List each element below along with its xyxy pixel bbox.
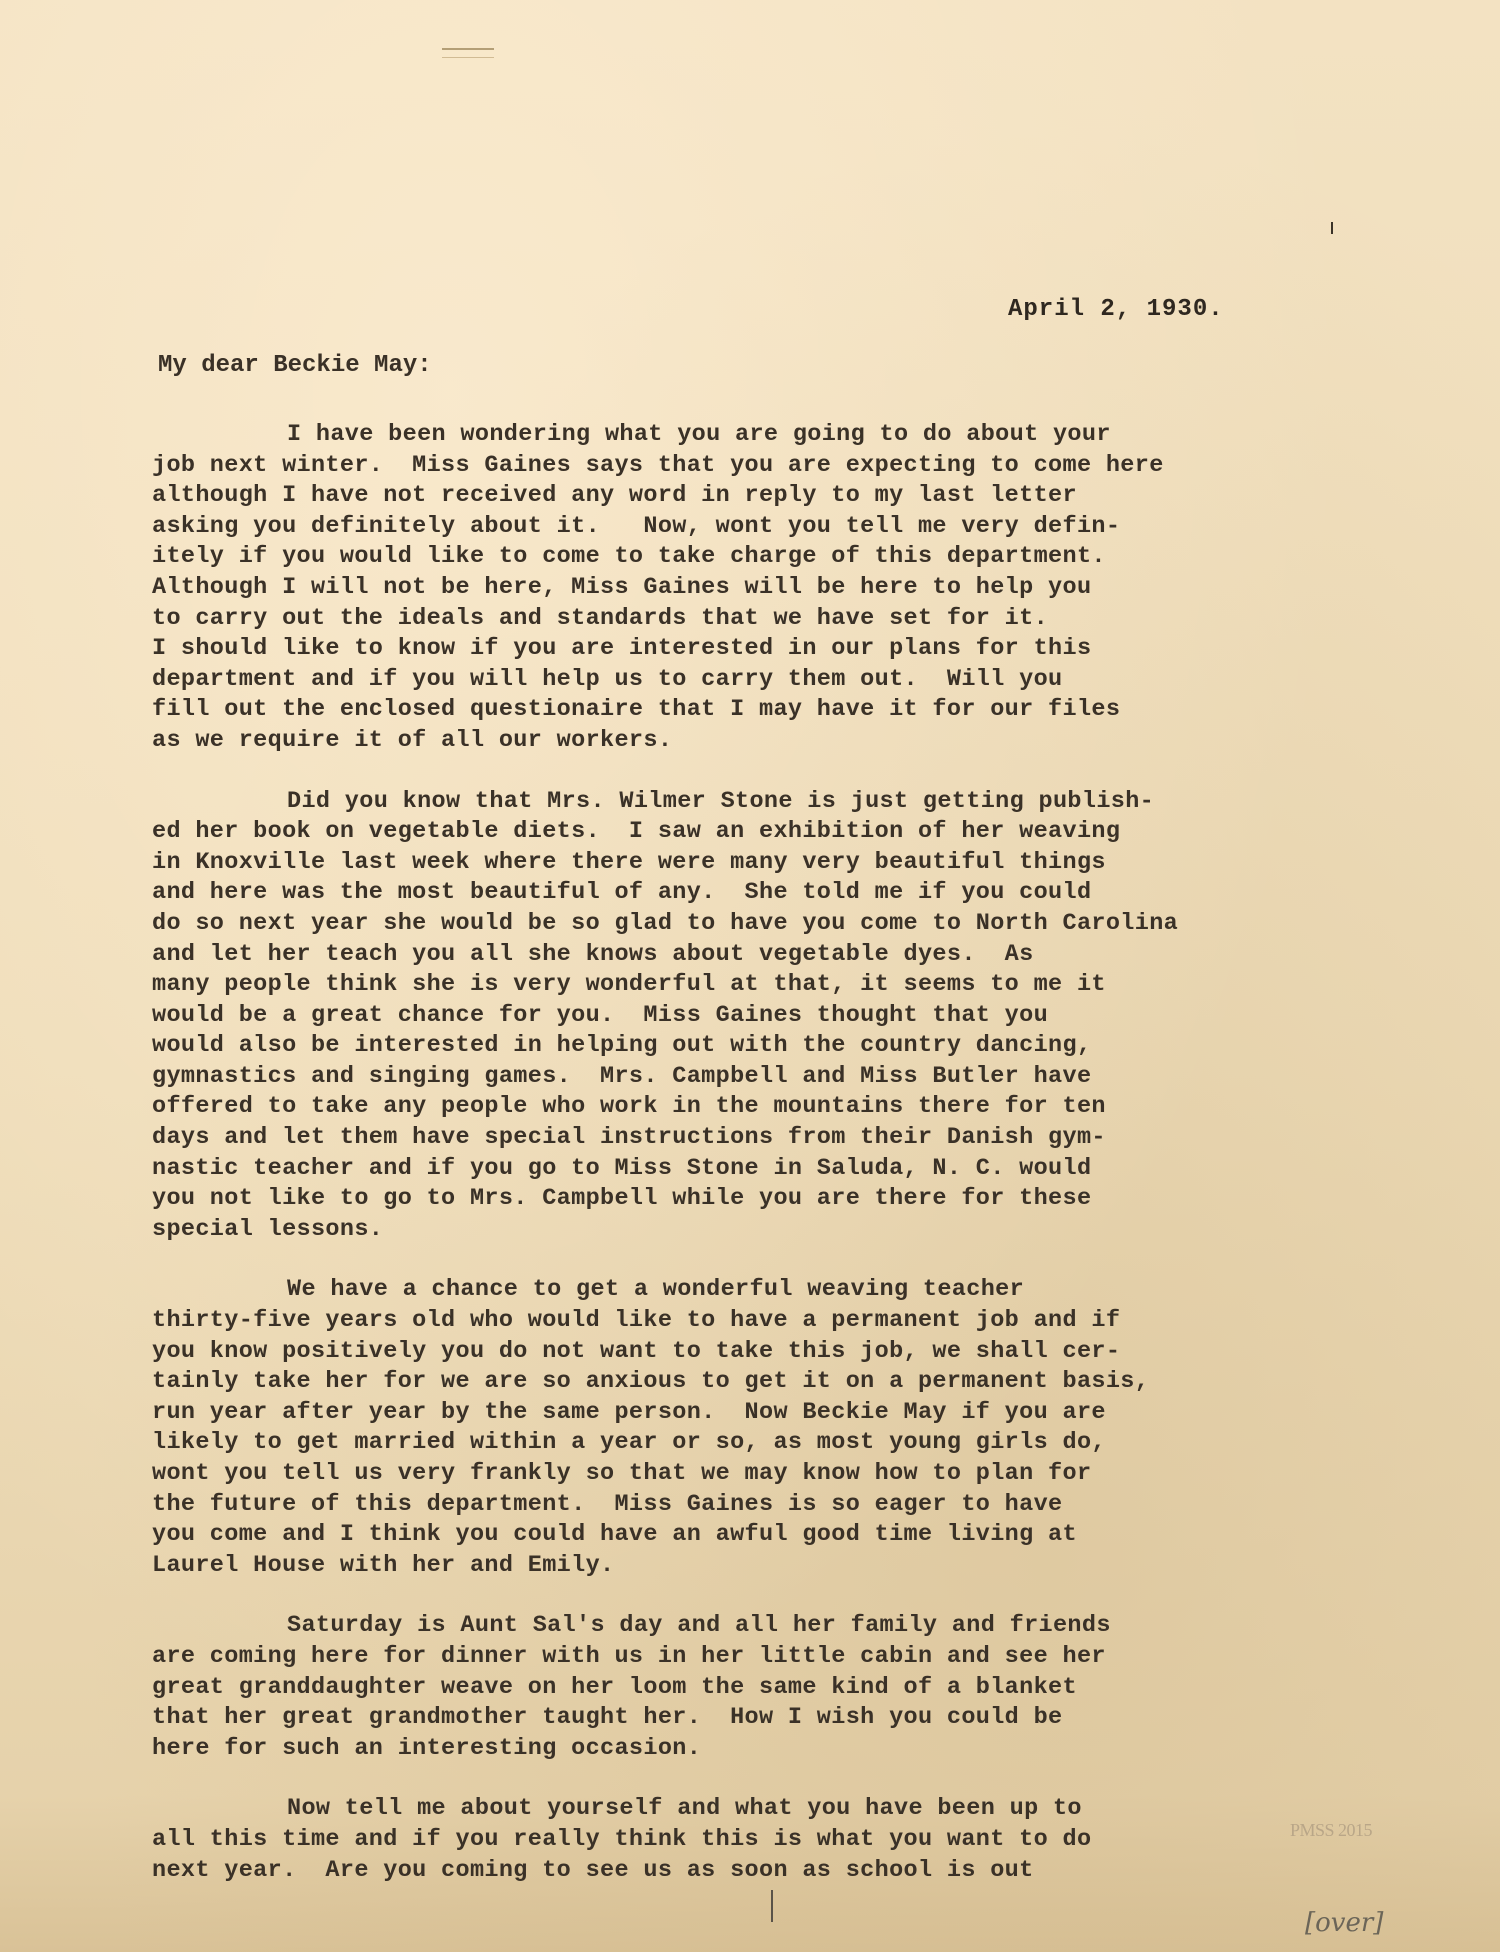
- text-line: Laurel House with her and Emily.: [152, 1551, 1432, 1582]
- text-line: itely if you would like to come to take …: [152, 542, 1432, 573]
- text-line: the future of this department. Miss Gain…: [152, 1490, 1432, 1521]
- text-line: Saturday is Aunt Sal's day and all her f…: [152, 1611, 1432, 1642]
- pencil-mark: [771, 1890, 773, 1922]
- text-line: you come and I think you could have an a…: [152, 1520, 1432, 1551]
- text-line: I should like to know if you are interes…: [152, 634, 1432, 665]
- text-line: nastic teacher and if you go to Miss Sto…: [152, 1154, 1432, 1185]
- ink-mark: [1331, 222, 1333, 234]
- text-line: asking you definitely about it. Now, won…: [152, 512, 1432, 543]
- text-line: offered to take any people who work in t…: [152, 1092, 1432, 1123]
- text-line: Although I will not be here, Miss Gaines…: [152, 573, 1432, 604]
- letter-paragraph: I have been wondering what you are going…: [152, 420, 1432, 757]
- paper-clip-mark: [442, 48, 494, 58]
- letter-page: April 2, 1930. My dear Beckie May: I hav…: [0, 0, 1500, 1952]
- text-line: all this time and if you really think th…: [152, 1825, 1432, 1856]
- letter-body: I have been wondering what you are going…: [152, 420, 1432, 1916]
- text-line: thirty-five years old who would like to …: [152, 1306, 1432, 1337]
- text-line: days and let them have special instructi…: [152, 1123, 1432, 1154]
- text-line: Now tell me about yourself and what you …: [152, 1794, 1432, 1825]
- text-line: ed her book on vegetable diets. I saw an…: [152, 817, 1432, 848]
- text-line: many people think she is very wonderful …: [152, 970, 1432, 1001]
- letter-paragraph: Saturday is Aunt Sal's day and all her f…: [152, 1611, 1432, 1764]
- text-line: would also be interested in helping out …: [152, 1031, 1432, 1062]
- handwritten-over-note: [over]: [1305, 1908, 1383, 1938]
- text-line: you know positively you do not want to t…: [152, 1337, 1432, 1368]
- text-line: that her great grandmother taught her. H…: [152, 1703, 1432, 1734]
- text-line: in Knoxville last week where there were …: [152, 848, 1432, 879]
- text-line: and here was the most beautiful of any. …: [152, 878, 1432, 909]
- text-line: run year after year by the same person. …: [152, 1398, 1432, 1429]
- text-line: Did you know that Mrs. Wilmer Stone is j…: [152, 787, 1432, 818]
- text-line: special lessons.: [152, 1215, 1432, 1246]
- letter-paragraph: We have a chance to get a wonderful weav…: [152, 1275, 1432, 1581]
- text-line: department and if you will help us to ca…: [152, 665, 1432, 696]
- text-line: as we require it of all our workers.: [152, 726, 1432, 757]
- text-line: I have been wondering what you are going…: [152, 420, 1432, 451]
- salutation: My dear Beckie May:: [158, 352, 432, 379]
- text-line: tainly take her for we are so anxious to…: [152, 1367, 1432, 1398]
- text-line: although I have not received any word in…: [152, 481, 1432, 512]
- text-line: next year. Are you coming to see us as s…: [152, 1856, 1432, 1887]
- letter-paragraph: Did you know that Mrs. Wilmer Stone is j…: [152, 787, 1432, 1246]
- text-line: job next winter. Miss Gaines says that y…: [152, 451, 1432, 482]
- text-line: to carry out the ideals and standards th…: [152, 604, 1432, 635]
- text-line: you not like to go to Mrs. Campbell whil…: [152, 1184, 1432, 1215]
- text-line: would be a great chance for you. Miss Ga…: [152, 1001, 1432, 1032]
- text-line: likely to get married within a year or s…: [152, 1428, 1432, 1459]
- archive-watermark: PMSS 2015: [1290, 1820, 1372, 1841]
- text-line: are coming here for dinner with us in he…: [152, 1642, 1432, 1673]
- text-line: gymnastics and singing games. Mrs. Campb…: [152, 1062, 1432, 1093]
- text-line: and let her teach you all she knows abou…: [152, 940, 1432, 971]
- text-line: great granddaughter weave on her loom th…: [152, 1673, 1432, 1704]
- text-line: do so next year she would be so glad to …: [152, 909, 1432, 940]
- letter-date: April 2, 1930.: [1008, 296, 1224, 323]
- letter-paragraph: Now tell me about yourself and what you …: [152, 1794, 1432, 1886]
- text-line: wont you tell us very frankly so that we…: [152, 1459, 1432, 1490]
- text-line: fill out the enclosed questionaire that …: [152, 695, 1432, 726]
- text-line: We have a chance to get a wonderful weav…: [152, 1275, 1432, 1306]
- text-line: here for such an interesting occasion.: [152, 1734, 1432, 1765]
